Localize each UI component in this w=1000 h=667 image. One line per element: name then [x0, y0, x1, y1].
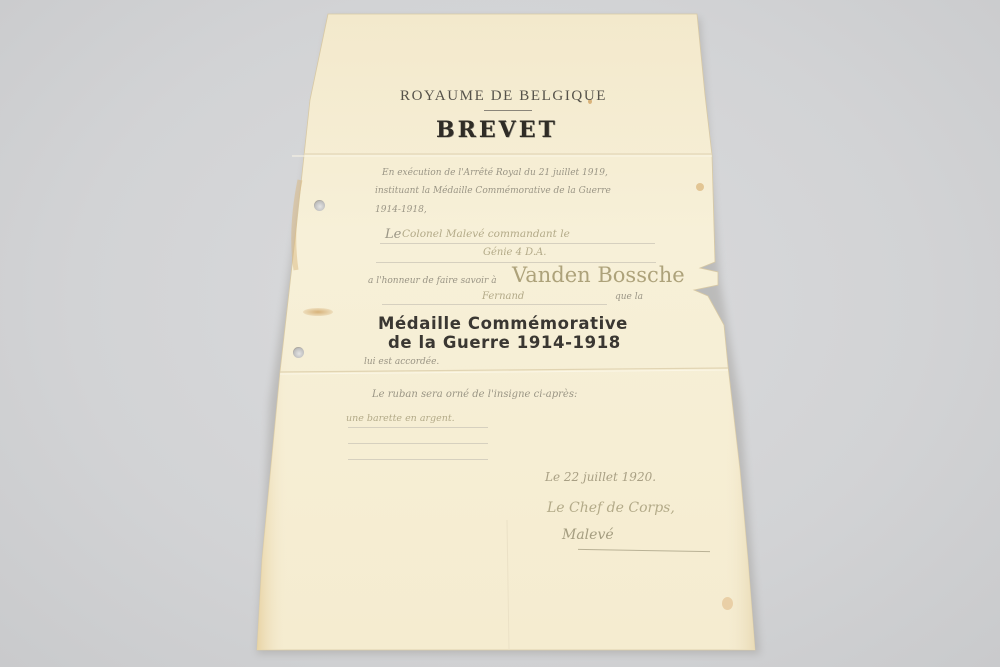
punch-hole-top — [314, 200, 325, 211]
issuer-unit: Génie 4 D.A. — [483, 247, 546, 258]
recipient-firstname: Fernand — [482, 291, 524, 302]
awarded-text: lui est accordée. — [364, 357, 439, 367]
header-divider — [484, 110, 532, 111]
punch-hole-bottom — [293, 347, 304, 358]
honor-suffix: que la — [615, 292, 643, 302]
issuer-handwritten: Colonel Malevé commandant le — [402, 228, 570, 240]
preamble-line-2: instituant la Médaille Commémorative de … — [375, 186, 611, 196]
issuer-prefix: Le — [385, 227, 401, 242]
fill-line — [348, 427, 488, 428]
stain — [303, 308, 333, 316]
honor-printed: a l'honneur de faire savoir à — [368, 276, 497, 286]
closing-role: Le Chef de Corps, — [547, 500, 675, 516]
recipient-surname: Vanden Bossche — [512, 263, 685, 287]
fill-line — [348, 443, 488, 444]
kingdom-heading: ROYAUME DE BELGIQUE — [400, 88, 607, 105]
fill-line — [380, 243, 655, 244]
stain — [722, 597, 733, 610]
medal-title-line-1: Médaille Commémorative — [378, 314, 628, 333]
stain — [696, 183, 704, 191]
medal-title-line-2: de la Guerre 1914-1918 — [388, 333, 621, 352]
fill-line — [382, 304, 607, 305]
preamble-line-3: 1914-1918, — [375, 205, 427, 215]
preamble-line-1: En exécution de l'Arrêté Royal du 21 jui… — [382, 168, 608, 178]
signature: Malevé — [562, 527, 614, 543]
ribbon-handwritten: une barette en argent. — [346, 413, 455, 424]
certificate-title: BREVET — [436, 117, 558, 143]
ribbon-printed: Le ruban sera orné de l'insigne ci-après… — [372, 389, 577, 400]
closing-date: Le 22 juillet 1920. — [545, 470, 656, 484]
fill-line — [348, 459, 488, 460]
